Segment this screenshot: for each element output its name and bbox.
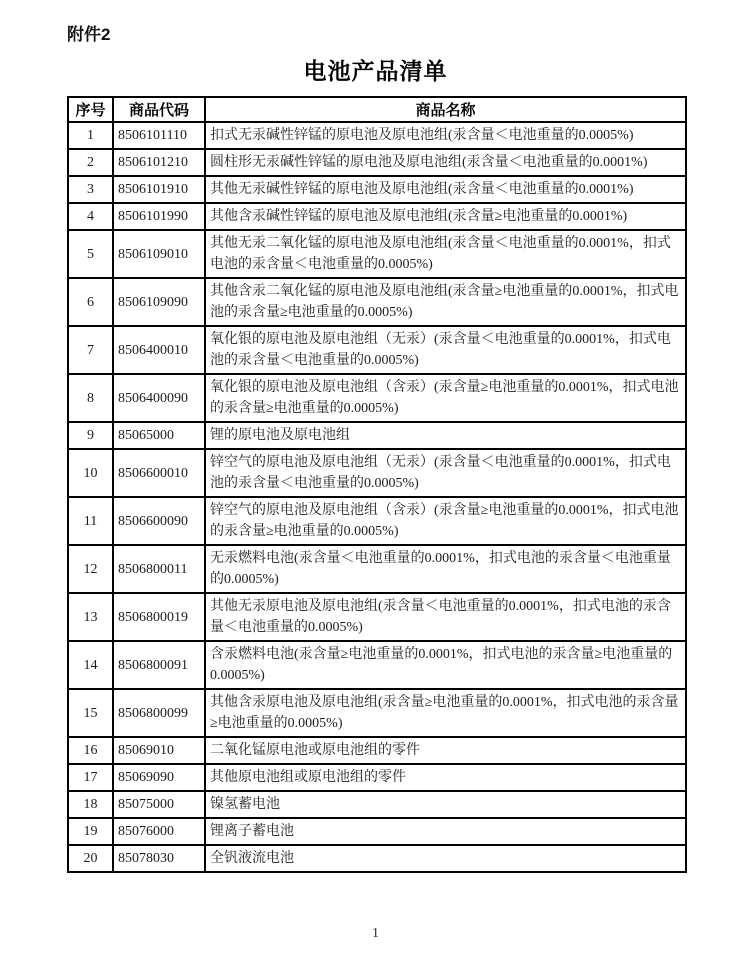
product-name-cell: 二氧化锰原电池或原电池组的零件: [205, 737, 686, 764]
serial-number-cell: 5: [68, 230, 113, 278]
table-row: 28506101210圆柱形无汞碱性锌锰的原电池及原电池组(汞含量＜电池重量的0…: [68, 149, 686, 176]
table-row: 1885075000镍氢蓄电池: [68, 791, 686, 818]
header-serial-number: 序号: [68, 97, 113, 122]
product-code-cell: 85078030: [113, 845, 205, 872]
product-code-cell: 8506101210: [113, 149, 205, 176]
product-code-cell: 8506800019: [113, 593, 205, 641]
product-name-cell: 圆柱形无汞碱性锌锰的原电池及原电池组(汞含量＜电池重量的0.0001%): [205, 149, 686, 176]
product-code-cell: 85065000: [113, 422, 205, 449]
serial-number-cell: 2: [68, 149, 113, 176]
table-row: 1785069090其他原电池组或原电池组的零件: [68, 764, 686, 791]
product-code-cell: 8506109010: [113, 230, 205, 278]
table-row: 128506800011无汞燃料电池(汞含量＜电池重量的0.0001%，扣式电池…: [68, 545, 686, 593]
table-row: 48506101990其他含汞碱性锌锰的原电池及原电池组(汞含量≥电池重量的0.…: [68, 203, 686, 230]
serial-number-cell: 17: [68, 764, 113, 791]
product-name-cell: 含汞燃料电池(汞含量≥电池重量的0.0001%，扣式电池的汞含量≥电池重量的0.…: [205, 641, 686, 689]
serial-number-cell: 6: [68, 278, 113, 326]
table-row: 68506109090其他含汞二氧化锰的原电池及原电池组(汞含量≥电池重量的0.…: [68, 278, 686, 326]
page-title: 电池产品清单: [0, 53, 751, 86]
product-code-cell: 8506800091: [113, 641, 205, 689]
serial-number-cell: 15: [68, 689, 113, 737]
product-name-cell: 其他无汞原电池及原电池组(汞含量＜电池重量的0.0001%，扣式电池的汞含量＜电…: [205, 593, 686, 641]
serial-number-cell: 16: [68, 737, 113, 764]
product-name-cell: 锌空气的原电池及原电池组（含汞）(汞含量≥电池重量的0.0001%，扣式电池的汞…: [205, 497, 686, 545]
table-row: 985065000锂的原电池及原电池组: [68, 422, 686, 449]
product-code-cell: 8506101910: [113, 176, 205, 203]
table-row: 118506600090锌空气的原电池及原电池组（含汞）(汞含量≥电池重量的0.…: [68, 497, 686, 545]
table-row: 108506600010锌空气的原电池及原电池组（无汞）(汞含量＜电池重量的0.…: [68, 449, 686, 497]
header-product-code: 商品代码: [113, 97, 205, 122]
serial-number-cell: 9: [68, 422, 113, 449]
product-code-cell: 85076000: [113, 818, 205, 845]
product-code-cell: 8506600010: [113, 449, 205, 497]
document-page: 附件2 电池产品清单 序号 商品代码 商品名称 18506101110扣式无汞碱…: [0, 0, 751, 963]
product-name-cell: 无汞燃料电池(汞含量＜电池重量的0.0001%，扣式电池的汞含量＜电池重量的0.…: [205, 545, 686, 593]
table-row: 1685069010二氧化锰原电池或原电池组的零件: [68, 737, 686, 764]
product-name-cell: 镍氢蓄电池: [205, 791, 686, 818]
table-header-row: 序号 商品代码 商品名称: [68, 97, 686, 122]
product-name-cell: 其他原电池组或原电池组的零件: [205, 764, 686, 791]
page-number: 1: [0, 926, 751, 942]
product-code-cell: 85075000: [113, 791, 205, 818]
product-code-cell: 8506109090: [113, 278, 205, 326]
product-name-cell: 氧化银的原电池及原电池组（无汞）(汞含量＜电池重量的0.0001%，扣式电池的汞…: [205, 326, 686, 374]
product-name-cell: 锂的原电池及原电池组: [205, 422, 686, 449]
table-row: 1985076000锂离子蓄电池: [68, 818, 686, 845]
table-row: 58506109010其他无汞二氧化锰的原电池及原电池组(汞含量＜电池重量的0.…: [68, 230, 686, 278]
serial-number-cell: 13: [68, 593, 113, 641]
table-row: 138506800019其他无汞原电池及原电池组(汞含量＜电池重量的0.0001…: [68, 593, 686, 641]
serial-number-cell: 19: [68, 818, 113, 845]
product-code-cell: 8506400010: [113, 326, 205, 374]
product-name-cell: 其他含汞碱性锌锰的原电池及原电池组(汞含量≥电池重量的0.0001%): [205, 203, 686, 230]
attachment-label: 附件2: [67, 20, 110, 45]
product-code-cell: 8506400090: [113, 374, 205, 422]
table-row: 158506800099其他含汞原电池及原电池组(汞含量≥电池重量的0.0001…: [68, 689, 686, 737]
table-row: 18506101110扣式无汞碱性锌锰的原电池及原电池组(汞含量＜电池重量的0.…: [68, 122, 686, 149]
product-name-cell: 扣式无汞碱性锌锰的原电池及原电池组(汞含量＜电池重量的0.0005%): [205, 122, 686, 149]
product-code-cell: 8506600090: [113, 497, 205, 545]
product-name-cell: 其他无汞碱性锌锰的原电池及原电池组(汞含量＜电池重量的0.0001%): [205, 176, 686, 203]
serial-number-cell: 14: [68, 641, 113, 689]
product-name-cell: 锂离子蓄电池: [205, 818, 686, 845]
serial-number-cell: 8: [68, 374, 113, 422]
serial-number-cell: 10: [68, 449, 113, 497]
product-code-cell: 85069010: [113, 737, 205, 764]
product-name-cell: 其他无汞二氧化锰的原电池及原电池组(汞含量＜电池重量的0.0001%，扣式电池的…: [205, 230, 686, 278]
battery-product-table: 序号 商品代码 商品名称 18506101110扣式无汞碱性锌锰的原电池及原电池…: [67, 96, 687, 873]
table-row: 2085078030全钒液流电池: [68, 845, 686, 872]
product-code-cell: 8506101990: [113, 203, 205, 230]
table-row: 148506800091含汞燃料电池(汞含量≥电池重量的0.0001%，扣式电池…: [68, 641, 686, 689]
serial-number-cell: 3: [68, 176, 113, 203]
table-body: 18506101110扣式无汞碱性锌锰的原电池及原电池组(汞含量＜电池重量的0.…: [68, 122, 686, 872]
serial-number-cell: 7: [68, 326, 113, 374]
product-code-cell: 8506800099: [113, 689, 205, 737]
product-name-cell: 其他含汞二氧化锰的原电池及原电池组(汞含量≥电池重量的0.0001%，扣式电池的…: [205, 278, 686, 326]
product-name-cell: 锌空气的原电池及原电池组（无汞）(汞含量＜电池重量的0.0001%，扣式电池的汞…: [205, 449, 686, 497]
table-row: 88506400090氧化银的原电池及原电池组（含汞）(汞含量≥电池重量的0.0…: [68, 374, 686, 422]
product-name-cell: 其他含汞原电池及原电池组(汞含量≥电池重量的0.0001%，扣式电池的汞含量≥电…: [205, 689, 686, 737]
product-code-cell: 85069090: [113, 764, 205, 791]
table-row: 78506400010氧化银的原电池及原电池组（无汞）(汞含量＜电池重量的0.0…: [68, 326, 686, 374]
serial-number-cell: 4: [68, 203, 113, 230]
serial-number-cell: 1: [68, 122, 113, 149]
serial-number-cell: 20: [68, 845, 113, 872]
product-code-cell: 8506101110: [113, 122, 205, 149]
product-name-cell: 全钒液流电池: [205, 845, 686, 872]
product-code-cell: 8506800011: [113, 545, 205, 593]
table-row: 38506101910其他无汞碱性锌锰的原电池及原电池组(汞含量＜电池重量的0.…: [68, 176, 686, 203]
serial-number-cell: 11: [68, 497, 113, 545]
product-name-cell: 氧化银的原电池及原电池组（含汞）(汞含量≥电池重量的0.0001%，扣式电池的汞…: [205, 374, 686, 422]
serial-number-cell: 12: [68, 545, 113, 593]
serial-number-cell: 18: [68, 791, 113, 818]
header-product-name: 商品名称: [205, 97, 686, 122]
